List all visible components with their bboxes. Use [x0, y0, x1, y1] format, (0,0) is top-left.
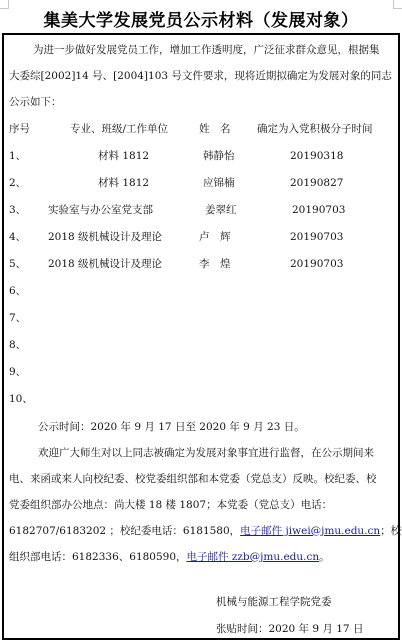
phone-text: 组织部电话：6182336、6180590， — [9, 551, 187, 563]
intro-line-2: 大委综[2002]14 号、[2004]103 号文件要求，现将近期拟确定为发展… — [9, 69, 392, 83]
row-index: 9、 — [9, 365, 26, 379]
notice-box: 为进一步做好发展党员工作，增加工作透明度，广泛征求群众意见，根据集 大委综[20… — [2, 33, 400, 640]
row-index: 8、 — [9, 338, 26, 352]
row-index: 5、 — [9, 257, 26, 271]
row-index: 1、 — [9, 149, 26, 163]
table-row: 1、 材料 1812 韩静怡 20190318 — [4, 149, 398, 163]
table-row: 3、 实验室与办公室党支部 姜翠红 20190703 — [4, 203, 398, 217]
table-row: 9、 — [4, 365, 398, 379]
line5-suffix: 。 — [319, 551, 330, 563]
jiwei-email-link[interactable]: 电子邮件 jiwei@jmu.edu.cn — [240, 525, 380, 537]
supervision-line-5: 组织部电话：6182336、6180590，电子邮件 zzb@jmu.edu.c… — [9, 550, 330, 564]
row-index: 2、 — [9, 176, 26, 190]
intro-line-3: 公示如下： — [9, 95, 62, 109]
line4-suffix: ；校党委 — [380, 525, 402, 537]
header-name: 姓 名 — [199, 122, 231, 136]
row-name: 应锦楠 — [203, 176, 235, 190]
signature-org: 机械与能源工程学院党委 — [216, 595, 332, 609]
posting-date: 张贴时间：2020 年 9 月 17 日 — [216, 622, 363, 636]
row-index: 6、 — [9, 284, 26, 298]
supervision-line-2: 电、来函或来人向校纪委、校党委组织部和本党委（党总支）反映。校纪委、校 — [9, 472, 377, 486]
row-name: 韩静怡 — [203, 149, 235, 163]
table-row: 6、 — [4, 284, 398, 298]
table-row: 5、 2018 级机械设计及理论 李 煌 20190703 — [4, 257, 398, 271]
table-row: 4、 2018 级机械设计及理论 卢 辉 20190703 — [4, 230, 398, 244]
row-date: 20190703 — [290, 257, 343, 271]
table-row: 7、 — [4, 311, 398, 325]
row-unit: 实验室与办公室党支部 — [48, 203, 153, 217]
row-index: 3、 — [9, 203, 26, 217]
row-index: 7、 — [9, 311, 26, 325]
table-row: 8、 — [4, 338, 398, 352]
supervision-line-1: 欢迎广大师生对以上同志被确定为发展对象事宜进行监督，在公示期间来 — [38, 446, 374, 460]
row-name: 姜翠红 — [205, 203, 237, 217]
header-date: 确定为入党积极分子时间 — [257, 122, 373, 136]
row-unit: 材料 1812 — [98, 149, 149, 163]
row-unit: 2018 级机械设计及理论 — [48, 257, 162, 271]
zzb-email-link[interactable]: 电子邮件 zzb@jmu.edu.cn — [187, 551, 320, 563]
document-title: 集美大学发展党员公示材料（发展对象） — [0, 6, 402, 31]
row-index: 10、 — [9, 392, 33, 406]
header-unit: 专业、班级/工作单位 — [70, 122, 168, 136]
row-unit: 2018 级机械设计及理论 — [48, 230, 162, 244]
supervision-line-3: 党委组织部办公地点：尚大楼 18 楼 1807；本党委（党总支）电话： — [9, 498, 332, 512]
header-index: 序号 — [9, 122, 30, 136]
intro-line-1: 为进一步做好发展党员工作，增加工作透明度，广泛征求群众意见，根据集 — [33, 43, 380, 57]
row-date: 20190703 — [292, 203, 345, 217]
row-date: 20190318 — [290, 149, 343, 163]
row-index: 4、 — [9, 230, 26, 244]
row-name: 卢 辉 — [199, 230, 231, 244]
row-name: 李 煌 — [199, 257, 231, 271]
publicity-period: 公示时间：2020 年 9 月 17 日至 2020 年 9 月 23 日。 — [38, 420, 305, 434]
row-date: 20190827 — [290, 176, 343, 190]
supervision-line-4: 6182707/6183202 ；校纪委电话：6181580，电子邮件 jiwe… — [9, 524, 402, 538]
table-row: 10、 — [4, 392, 398, 406]
phone-text: 6182707/6183202 ；校纪委电话：6181580， — [9, 525, 240, 537]
row-unit: 材料 1812 — [98, 176, 149, 190]
table-header: 序号 专业、班级/工作单位 姓 名 确定为入党积极分子时间 — [4, 122, 398, 136]
table-row: 2、 材料 1812 应锦楠 20190827 — [4, 176, 398, 190]
row-date: 20190703 — [290, 230, 343, 244]
